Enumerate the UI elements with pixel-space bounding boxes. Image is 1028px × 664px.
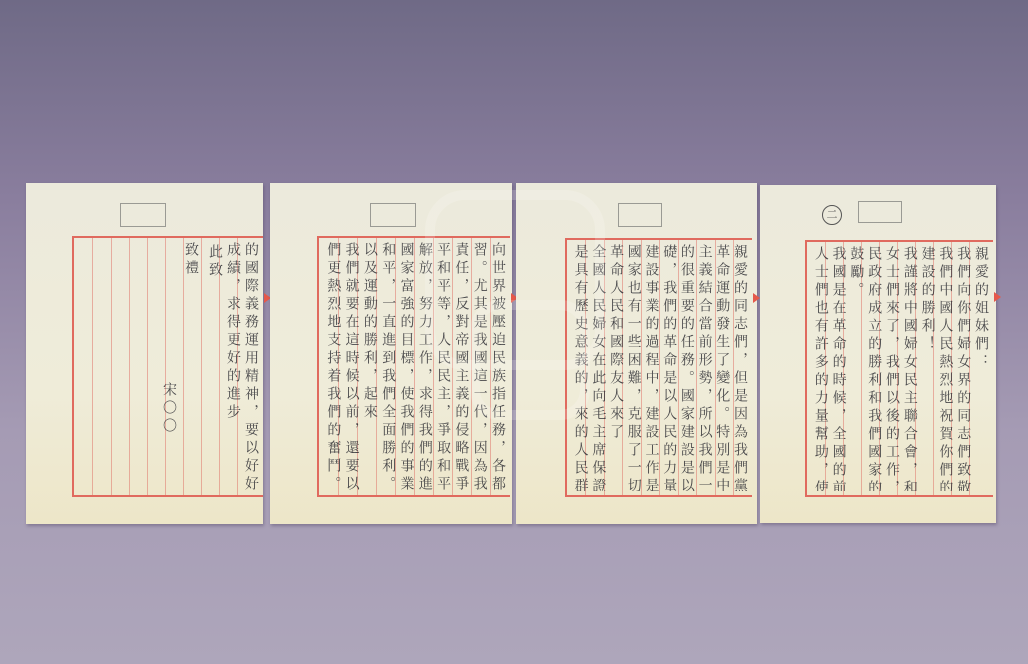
letter-page-1: 的國際義務運用精神，要以好好的學習 成績，求得更好的進步 此致 致禮 宋〇〇 bbox=[26, 183, 263, 524]
handwritten-columns: 的國際義務運用精神，要以好好的學習 成績，求得更好的進步 此致 致禮 宋〇〇 bbox=[78, 242, 259, 491]
text-column: 民政府成立的勝利和我們國家的 bbox=[864, 246, 882, 491]
text-column: 國家也有一些困難，克服了一切困難，新的 bbox=[624, 244, 642, 491]
text-column: 女士們來了，我們以後的工作，祝賀你們人 bbox=[882, 246, 900, 491]
red-ruled-frame: 的國際義務運用精神，要以好好的學習 成績，求得更好的進步 此致 致禮 宋〇〇 bbox=[72, 236, 263, 497]
text-column: 礎，我們的革命是以人民的力量為基礎，在 bbox=[659, 244, 677, 491]
text-column: 以及運動的勝利，起來 bbox=[360, 242, 378, 491]
signature: 宋〇〇 bbox=[147, 242, 177, 491]
text-column: 親愛的姐妹們： bbox=[971, 246, 989, 491]
text-column: 的國際義務運用精神，要以好好的學習 bbox=[241, 242, 259, 491]
archive-stamp bbox=[618, 203, 662, 227]
text-column: 我們就要在這時候以前，還要以實際行動，中國的婦女 bbox=[341, 242, 359, 491]
text-column: 和平，一直進到我們全面勝利。因為國際的民主 bbox=[378, 242, 396, 491]
page-number-circle: 二 bbox=[822, 205, 842, 225]
text-column: 我們中國人民熱烈地祝賀你們的奮鬥，精神，堅持 bbox=[936, 246, 954, 491]
handwritten-columns: 親愛的姐妹們： 我們向你們婦女界的同志們致敬，並且 我們中國人民熱烈地祝賀你們的… bbox=[811, 246, 989, 491]
text-column: 此致 bbox=[199, 242, 223, 491]
fold-marker-icon bbox=[753, 293, 760, 303]
text-column: 我們向你們婦女界的同志們致敬，並且 bbox=[953, 246, 971, 491]
text-column: 鼓勵。 bbox=[847, 246, 865, 491]
text-column: 的很重要的任務。國家建設是以廣大人民的力量為基 bbox=[677, 244, 695, 491]
watermark-logo bbox=[470, 300, 590, 420]
text-column: 人士們也有許多的力量幫助，使我們繼續發揚 bbox=[811, 246, 829, 491]
text-column: 建設的勝利！ bbox=[918, 246, 936, 491]
text-column: 建設事業的過程中，建設工作是需要的，還 bbox=[642, 244, 660, 491]
text-column: 革命人民和國際友人來了 bbox=[606, 244, 624, 491]
archive-stamp bbox=[858, 201, 902, 223]
fold-marker-icon bbox=[994, 292, 1001, 302]
text-column: 革命運動發生了變化。特別是中國共產黨的三民 bbox=[713, 244, 731, 491]
text-column: 我謹將中國婦女民主聯合會，和全體中國人 bbox=[900, 246, 918, 491]
archive-stamp bbox=[370, 203, 416, 227]
text-column: 主義結合當前形勢，所以我們一直前進，這就是我們的 bbox=[695, 244, 713, 491]
text-column: 成績，求得更好的進步 bbox=[223, 242, 241, 491]
text-column: 們更熱烈地支持着我們的奮鬥。我們大家都來 bbox=[323, 242, 341, 491]
red-ruled-frame: 親愛的姐妹們： 我們向你們婦女界的同志們致敬，並且 我們中國人民熱烈地祝賀你們的… bbox=[805, 240, 993, 497]
text-column: 國家富強的目標，使我們的事業可以完成世界 bbox=[396, 242, 414, 491]
text-column: 致禮 bbox=[177, 242, 199, 491]
text-column: 親愛的同志們，但是因為我們黨的領導，使 bbox=[730, 244, 748, 491]
letter-page-4: 二 親愛的姐妹們： 我們向你們婦女界的同志們致敬，並且 我們中國人民熱烈地祝賀你… bbox=[760, 185, 996, 523]
text-column: 我國是在革命的時候，全國的前進 bbox=[829, 246, 847, 491]
archive-stamp bbox=[120, 203, 166, 227]
